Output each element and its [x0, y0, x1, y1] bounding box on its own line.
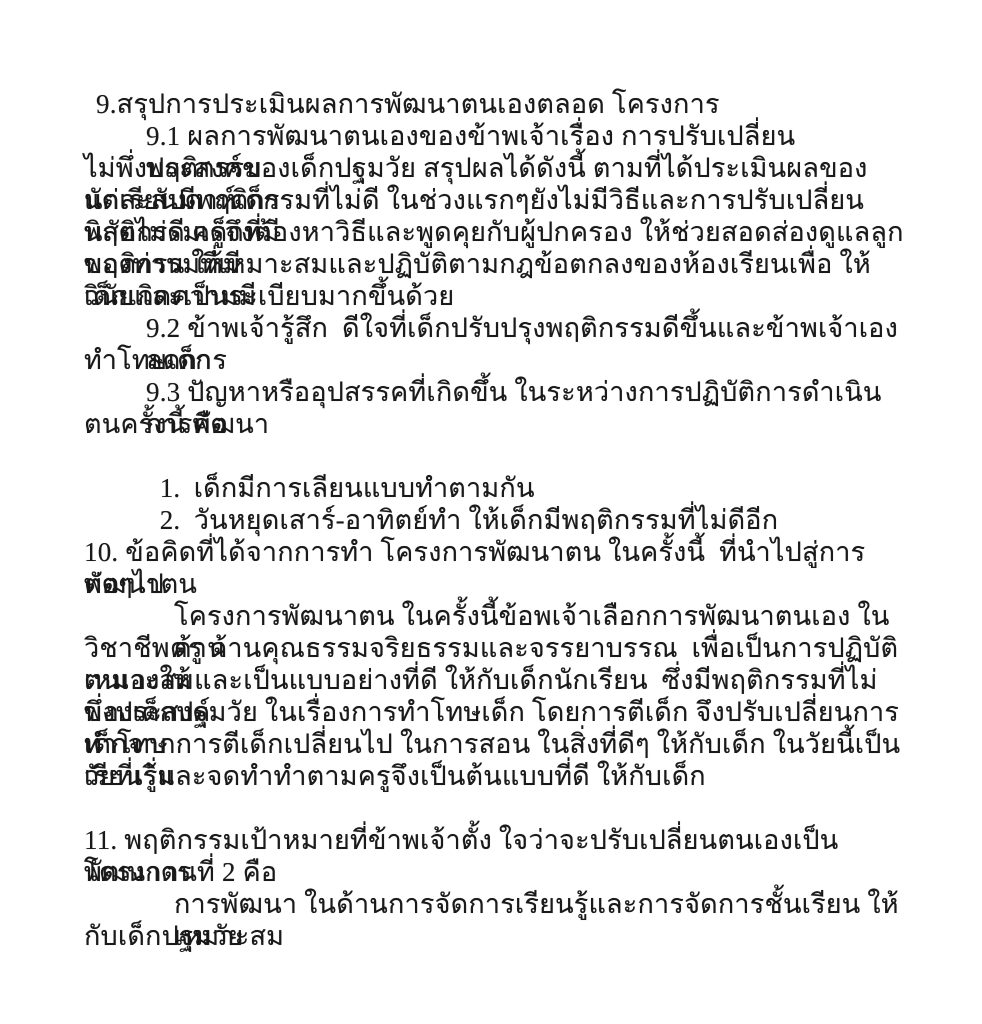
list-item-2-text: วันหยุดเสาร์-อาทิตย์ทำ ให้เด็กมีพฤติกรรม…	[194, 505, 779, 535]
para-9-1-line-3: นักเรียนมีพฤติกรรมที่ไม่ดี ในช่วงแรกๆยัง…	[84, 184, 906, 216]
list-item-1: 1.เด็กมีการเลียนแบบทำตามกัน	[84, 440, 906, 472]
para-9-1-line-2: ไม่พึ่งประสงค์ของเด็กปฐมวัย สรุปผลได้ดัง…	[84, 152, 906, 184]
para-10-line-3: เหมาะสมและเป็นแบบอย่างที่ดี ให้กับเด็กนั…	[84, 664, 906, 696]
para-9-1-line-4: นิสัยไม่ดี ครูจึงต้องหาวิธีและพูดคุยกับผ…	[84, 216, 906, 248]
list-item-2-number: 2.	[160, 504, 194, 536]
heading-section-10-line-2: ต่อๆไป	[84, 568, 906, 600]
list-item-1-text: เด็กมีการเลียนแบบทำตามกัน	[194, 473, 535, 503]
list-item-1-number: 1.	[160, 472, 194, 504]
para-9-1-line-5: พฤติกรรมที่เหมาะสมและปฏิบัติตามกฎข้อตกลง…	[84, 248, 906, 280]
para-10-line-5: เด็กจากการตีเด็กเปลี่ยนไป ในการสอน ในสิ่…	[84, 728, 906, 760]
para-9-3-line-1: 9.3 ปัญหาหรืออุปสรรคที่เกิดขึ้น ในระหว่า…	[84, 376, 906, 408]
para-9-2-line-2: ทำโทษเด็ก	[84, 344, 906, 376]
heading-section-11-line-1: 11. พฤติกรรมเป้าหมายที่ข้าพเจ้าตั้ง ใจว่…	[84, 824, 906, 856]
heading-section-11-line-2: พัฒนาตนที่ 2 คือ	[84, 856, 906, 888]
para-9-1-line-6: วินัยและเป็นระเบียบมากขึ้นด้วย	[84, 280, 906, 312]
document-body: 9.สรุปการประเมินผลการพัฒนาตนเองตลอด โครง…	[84, 88, 906, 952]
para-10-line-1: โครงการพัฒนาตน ในครั้งนี้ข้อพเจ้าเลือกกา…	[84, 600, 906, 632]
para-10-line-6: เรียนรู้และจดทำทำตามครูจึงเป็นต้นแบบที่ด…	[84, 760, 906, 792]
heading-section-9: 9.สรุปการประเมินผลการพัฒนาตนเองตลอด โครง…	[84, 88, 906, 120]
para-11-line-2: กับเด็กปฐมวัย	[84, 920, 906, 952]
heading-section-10-line-1: 10. ข้อคิดที่ได้จากการทำ โครงการพัฒนาตน …	[84, 536, 906, 568]
para-10-line-4: ของเด็กปฐมวัย ในเรื่องการทำโทษเด็ก โดยกา…	[84, 696, 906, 728]
para-9-1-line-1: 9.1 ผลการพัฒนาตนเองของข้าพเจ้าเรื่อง การ…	[84, 120, 906, 152]
document-page: 9.สรุปการประเมินผลการพัฒนาตนเองตลอด โครง…	[0, 0, 982, 1024]
para-9-3-line-2: ตนครั้งนี้ คือ	[84, 408, 906, 440]
para-10-line-2: วิชาชีพครู ด้านคุณธรรมจริยธรรมและจรรยาบร…	[84, 632, 906, 664]
para-9-2-line-1: 9.2 ข้าพเจ้ารู้สึก ดีใจที่เด็กปรับปรุงพฤ…	[84, 312, 906, 344]
blank-line	[84, 792, 906, 824]
para-11-line-1: การพัฒนา ในด้านการจัดการเรียนรู้และการจั…	[84, 888, 906, 920]
